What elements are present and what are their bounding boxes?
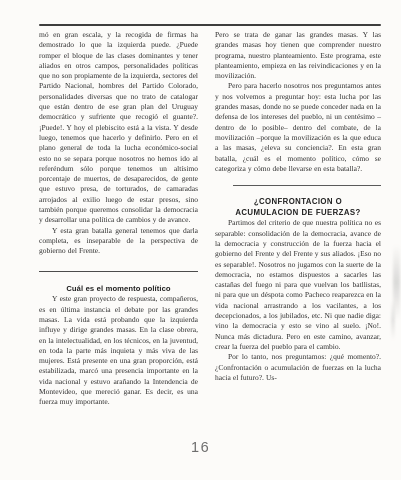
right-column: Pero se trata de ganar las grandes masas… [215, 30, 381, 408]
scan-artifact [391, 300, 395, 340]
page-number: 16 [191, 440, 210, 456]
section-heading: Cuál es el momento político [39, 284, 198, 294]
section-heading: ¿CONFRONTACION O ACUMULACION DE FUERZAS? [215, 196, 381, 218]
section-divider [233, 185, 381, 186]
scanned-page: mó en gran escala, y la recogida de firm… [0, 0, 401, 480]
body-paragraph: Pero para hacerlo nosotros nos preguntam… [215, 81, 381, 174]
body-paragraph: Y este gran proyecto de respuesta, compa… [39, 294, 198, 407]
text-columns: mó en gran escala, y la recogida de firm… [39, 30, 381, 408]
header-rule [39, 24, 381, 26]
body-paragraph: Partimos del criterio de que nuestra pol… [215, 218, 381, 352]
left-column: mó en gran escala, y la recogida de firm… [39, 30, 198, 408]
body-paragraph: Pero se trata de ganar las grandes masas… [215, 30, 381, 81]
body-paragraph: Por lo tanto, nos preguntamos: ¿qué mome… [215, 352, 381, 383]
section-divider [39, 271, 198, 273]
body-paragraph: Y esta gran batalla general tenemos que … [39, 226, 198, 257]
body-paragraph: mó en gran escala, y la recogida de firm… [39, 30, 198, 226]
